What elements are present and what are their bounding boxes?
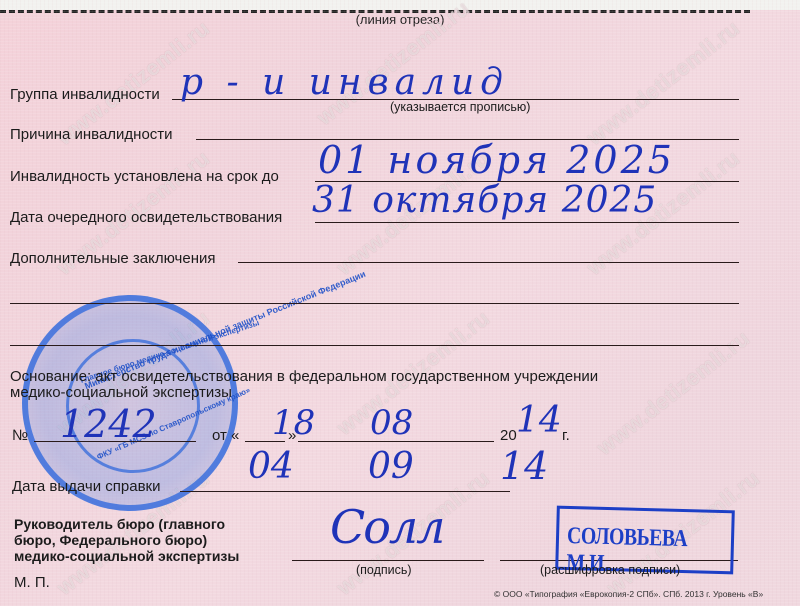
act-close-quote: » bbox=[288, 427, 296, 444]
act-year-suffix: г. bbox=[562, 427, 570, 444]
additional-conclusions-line-3 bbox=[10, 345, 739, 346]
act-year-prefix: 20 bbox=[500, 427, 517, 444]
act-number-label: № bbox=[12, 427, 28, 444]
signature-hint: (подпись) bbox=[356, 563, 412, 577]
next-exam-line bbox=[315, 222, 739, 223]
issue-date-line bbox=[180, 491, 510, 492]
act-month-value[interactable]: 08 bbox=[370, 403, 413, 443]
head-title-line-2: бюро, Федерального бюро) bbox=[14, 532, 207, 548]
disability-group-hint: (указывается прописью) bbox=[390, 100, 530, 114]
head-title-line-3: медико-социальной экспертизы bbox=[14, 548, 239, 564]
top-edge bbox=[0, 0, 800, 10]
disability-group-label: Группа инвалидности bbox=[10, 86, 160, 103]
disability-cause-label: Причина инвалидности bbox=[10, 126, 173, 143]
disability-group-value[interactable]: р - и инвалид bbox=[180, 62, 509, 103]
decode-hint: (расшифровка подписи) bbox=[540, 563, 680, 577]
act-from-label: от « bbox=[212, 427, 239, 444]
next-exam-label: Дата очередного освидетельствования bbox=[10, 209, 282, 226]
issue-date-year[interactable]: 14 bbox=[500, 444, 548, 488]
basis-line-1: Основание: акт освидетельствования в фед… bbox=[10, 368, 598, 385]
issue-date-label: Дата выдачи справки bbox=[12, 478, 160, 495]
watermark: www.detizemli.ru bbox=[582, 15, 745, 151]
act-number-value[interactable]: 1242 bbox=[60, 402, 157, 446]
issue-date-day[interactable]: 04 bbox=[248, 446, 294, 487]
established-until-value[interactable]: 01 ноября 2025 bbox=[318, 138, 675, 182]
head-title-line-1: Руководитель бюро (главного bbox=[14, 516, 225, 532]
next-exam-value[interactable]: 31 октября 2025 bbox=[312, 180, 657, 221]
additional-conclusions-label: Дополнительные заключения bbox=[10, 250, 215, 267]
signature-value[interactable]: Солл bbox=[330, 500, 443, 554]
cut-line-label: (линия отреза) bbox=[0, 12, 800, 27]
additional-conclusions-line-2 bbox=[10, 303, 739, 304]
additional-conclusions-line-1 bbox=[238, 262, 739, 263]
established-until-label: Инвалидность установлена на срок до bbox=[10, 168, 279, 185]
issue-date-month[interactable]: 09 bbox=[368, 446, 414, 487]
basis-line-2: медико-социальной экспертизы bbox=[10, 384, 232, 401]
act-year-value[interactable]: 14 bbox=[516, 400, 562, 441]
seal-place: М. П. bbox=[14, 574, 50, 591]
signature-line bbox=[292, 560, 484, 561]
printer-copyright: © ООО «Типография «Еврокопия-2 СПб». СПб… bbox=[494, 589, 763, 599]
